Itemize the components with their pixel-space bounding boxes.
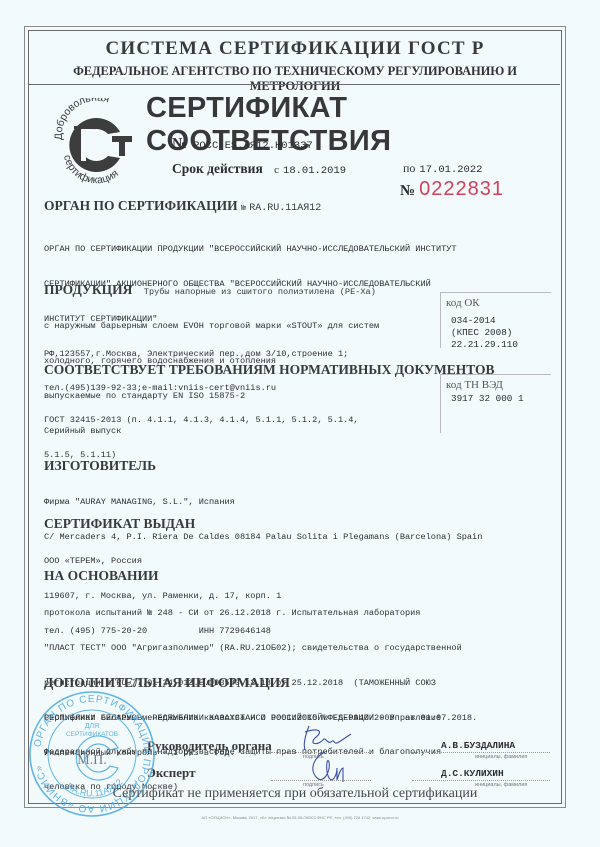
ok-code-line: (КПЕС 2008) — [451, 327, 551, 339]
valid-from-date: 18.01.2019 — [283, 165, 346, 177]
agency-title: ФЕДЕРАЛЬНОЕ АГЕНТСТВО ПО ТЕХНИЧЕСКОМУ РЕ… — [28, 64, 562, 94]
head-name-caption: инициалы, фамилия — [475, 754, 527, 760]
text-line: ООО «ТЕРЕМ», Россия — [44, 556, 281, 568]
expert-name-line — [412, 780, 550, 781]
product-heading: ПРОДУКЦИЯ — [44, 282, 132, 297]
tnved-code-box: код ТН ВЭД 3917 32 000 1 — [440, 374, 551, 433]
validity-period: Срок действия с18.01.2019 — [172, 161, 346, 177]
certification-body-heading: ОРГАН ПО СЕРТИФИКАЦИИ — [44, 198, 238, 213]
text-line: с наружным барьерным слоем EVOH торговой… — [44, 321, 379, 333]
issued-to-title: СЕРТИФИКАТ ВЫДАН — [44, 516, 195, 532]
expert-name: Д.С.КУЛИХИН — [441, 768, 504, 779]
text-line: ГОСТ 32415-2013 (п. 4.1.1, 4.1.3, 4.1.4,… — [44, 415, 359, 427]
head-name: А.В.БУЗДАЛИНА — [441, 740, 515, 751]
certificate-number-value: РОСС ES.АЯ12.Н01337 — [193, 140, 313, 152]
svg-text:ДЛЯ: ДЛЯ — [85, 723, 99, 730]
head-name-line — [412, 752, 550, 753]
ok-code-box: код ОК 034-2014(КПЕС 2008)22.21.29.110 — [440, 292, 551, 348]
text-line: Фирма "AURAY MANAGING, S.L.", Испания — [44, 497, 482, 509]
manufacturer-title: ИЗГОТОВИТЕЛЬ — [44, 458, 156, 474]
validity-to: по17.01.2022 — [403, 161, 482, 176]
certification-system-title: СИСТЕМА СЕРТИФИКАЦИИ ГОСТ Р — [28, 38, 562, 60]
text-line: протокола испытаний № 248 - СИ от 26.12.… — [44, 608, 462, 620]
footer-note: Сертификат не применяется при обязательн… — [28, 786, 562, 802]
tnved-code-values: 3917 32 000 1 — [451, 393, 551, 405]
conformity-title: СООТВЕТСТВУЕТ ТРЕБОВАНИЯМ НОРМАТИВНЫХ ДО… — [44, 362, 495, 378]
validity-to-label: по — [403, 161, 415, 175]
valid-to-date: 17.01.2022 — [419, 164, 482, 176]
ok-code-line: 034-2014 — [451, 315, 551, 327]
ok-code-values: 034-2014(КПЕС 2008)22.21.29.110 — [451, 315, 551, 351]
text-line: ОРГАН ПО СЕРТИФИКАЦИИ ПРОДУКЦИИ "ВСЕРОСС… — [44, 244, 457, 256]
validity-label: Срок действия — [172, 161, 263, 176]
header-divider — [29, 84, 560, 85]
gost-r-voluntary-certification-logo-icon: Добровольная сертификация — [50, 98, 140, 188]
printer-imprint: АО «ОПЦИОН», Москва, 2017, «Б» лицензия … — [0, 815, 600, 820]
certificate-number: №РОСС ES.АЯ12.Н01337 — [172, 136, 313, 153]
svg-text:М.П.: М.П. — [77, 753, 107, 768]
certification-body-id: RA.RU.11АЯ12 — [249, 203, 321, 214]
certification-body-title: ОРГАН ПО СЕРТИФИКАЦИИ № RA.RU.11АЯ12 — [44, 198, 321, 214]
blank-number-sign: № — [400, 183, 415, 199]
ok-code-line: 22.21.29.110 — [451, 339, 551, 351]
additional-info-title: ДОПОЛНИТЕЛЬНАЯ ИНФОРМАЦИЯ — [44, 675, 290, 691]
head-role-label: Руководитель органа — [147, 738, 272, 754]
validity-from-label: с — [274, 164, 279, 176]
blank-number-value: 0222831 — [419, 178, 504, 200]
ok-code-label: код ОК — [446, 297, 551, 309]
handwritten-signature-icon — [295, 722, 365, 794]
blank-serial-number: №0222831 — [400, 178, 504, 201]
tnved-code-line: 3917 32 000 1 — [451, 393, 551, 405]
product-title: ПРОДУКЦИЯ Трубы напорные из сшитого поли… — [44, 282, 376, 298]
text-line: "ПЛАСТ ТЕСТ" ООО "Агригазполимер" (RA.RU… — [44, 643, 462, 655]
basis-title: НА ОСНОВАНИИ — [44, 568, 158, 584]
product-first-line: Трубы напорные из сшитого полиэтилена (P… — [144, 287, 376, 297]
certification-body-id-sign: № — [241, 204, 246, 213]
tnved-code-label: код ТН ВЭД — [446, 379, 551, 391]
number-sign: № — [172, 136, 187, 152]
